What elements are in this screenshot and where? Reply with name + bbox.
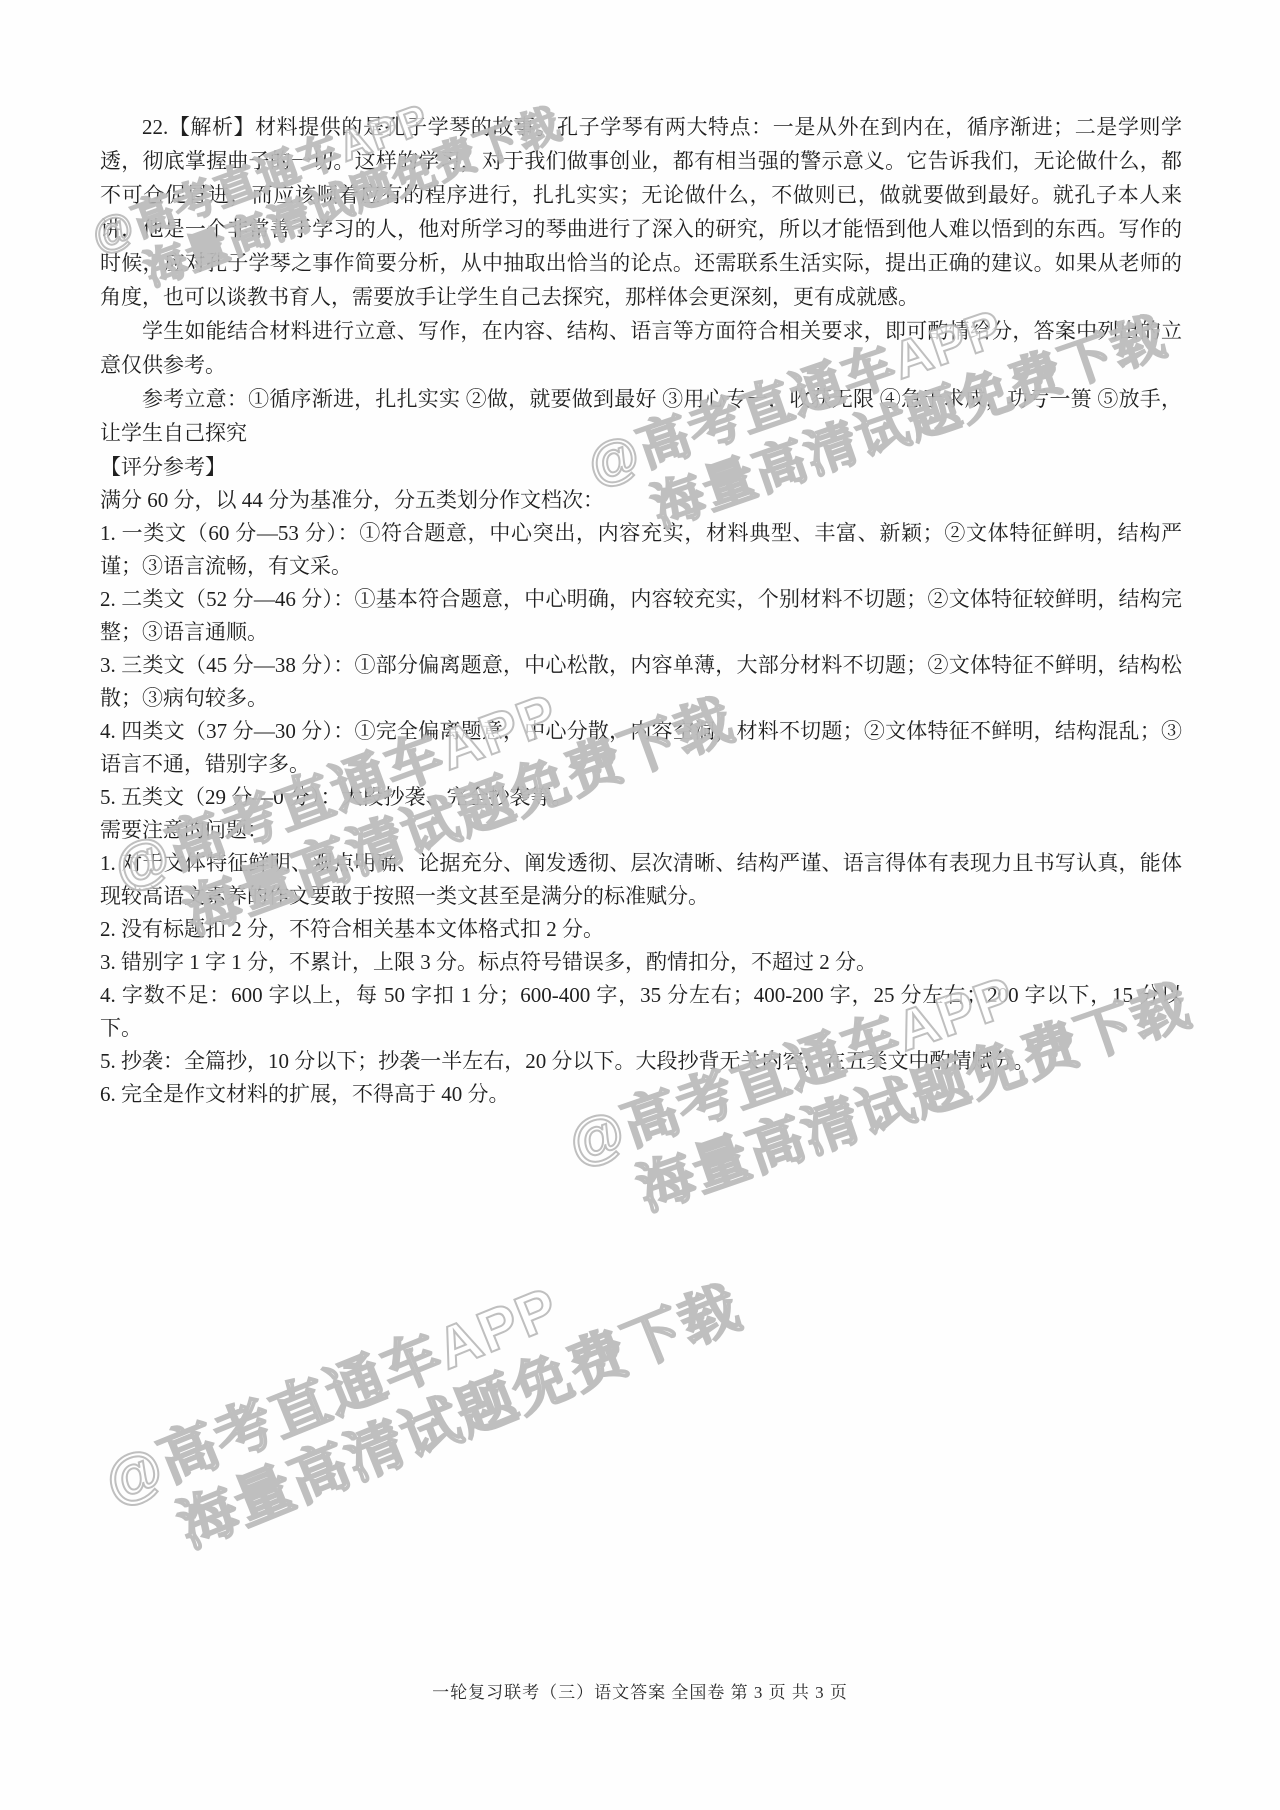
exam-answer-page: 22.【解析】材料提供的是孔子学琴的故事。孔子学琴有两大特点：一是从外在到内在，… xyxy=(0,0,1280,1810)
category-5: 5. 五类文（29 分—0 分）：大段抄袭、完全抄袭等。 xyxy=(100,781,1182,814)
note-5: 5. 抄袭：全篇抄，10 分以下；抄袭一半左右，20 分以下。大段抄背无关内容，… xyxy=(100,1045,1182,1078)
scoring-intro: 满分 60 分，以 44 分为基准分，分五类划分作文档次： xyxy=(100,484,1182,517)
attention-heading: 需要注意的问题： xyxy=(100,814,1182,847)
category-3: 3. 三类文（45 分—38 分）：①部分偏离题意，中心松散，内容单薄，大部分材… xyxy=(100,649,1182,715)
watermark-app-text: @高考直通车APP xyxy=(95,1211,725,1519)
category-2: 2. 二类文（52 分—46 分）：①基本符合题意，中心明确，内容较充实，个别材… xyxy=(100,583,1182,649)
question-22-section: 22.【解析】材料提供的是孔子学琴的故事。孔子学琴有两大特点：一是从外在到内在，… xyxy=(100,110,1182,450)
note-6: 6. 完全是作文材料的扩展，不得高于 40 分。 xyxy=(100,1078,1182,1111)
answer-content: 22.【解析】材料提供的是孔子学琴的故事。孔子学琴有两大特点：一是从外在到内在，… xyxy=(100,110,1182,1111)
note-3: 3. 错别字 1 字 1 分，不累计，上限 3 分。标点符号错误多，酌情扣分，不… xyxy=(100,946,1182,979)
analysis-paragraph: 22.【解析】材料提供的是孔子学琴的故事。孔子学琴有两大特点：一是从外在到内在，… xyxy=(100,110,1182,314)
note-1: 1. 对于文体特征鲜明、观点明确、论据充分、阐发透彻、层次清晰、结构严谨、语言得… xyxy=(100,847,1182,913)
watermark-bottom-left: @高考直通车APP 海量高清试题免费下载 xyxy=(95,1211,751,1582)
note-4: 4. 字数不足：600 字以上，每 50 字扣 1 分；600-400 字，35… xyxy=(100,979,1182,1045)
watermark-download-text: 海量高清试题免费下载 xyxy=(169,1274,751,1562)
scoring-reference-heading: 【评分参考】 xyxy=(100,450,1182,484)
reference-ideas-paragraph: 参考立意：①循序渐进，扎扎实实 ②做，就要做到最好 ③用心专一，收获无限 ④急于… xyxy=(100,382,1182,450)
category-4: 4. 四类文（37 分—30 分）：①完全偏离题意，中心分散，内容空洞，材料不切… xyxy=(100,715,1182,781)
note-2: 2. 没有标题扣 2 分，不符合相关基本文体格式扣 2 分。 xyxy=(100,913,1182,946)
category-1: 1. 一类文（60 分—53 分）：①符合题意，中心突出，内容充实，材料典型、丰… xyxy=(100,517,1182,583)
page-footer: 一轮复习联考（三）语文答案 全国卷 第 3 页 共 3 页 xyxy=(0,1678,1280,1703)
grading-note-paragraph: 学生如能结合材料进行立意、写作，在内容、结构、语言等方面符合相关要求，即可酌情给… xyxy=(100,314,1182,382)
